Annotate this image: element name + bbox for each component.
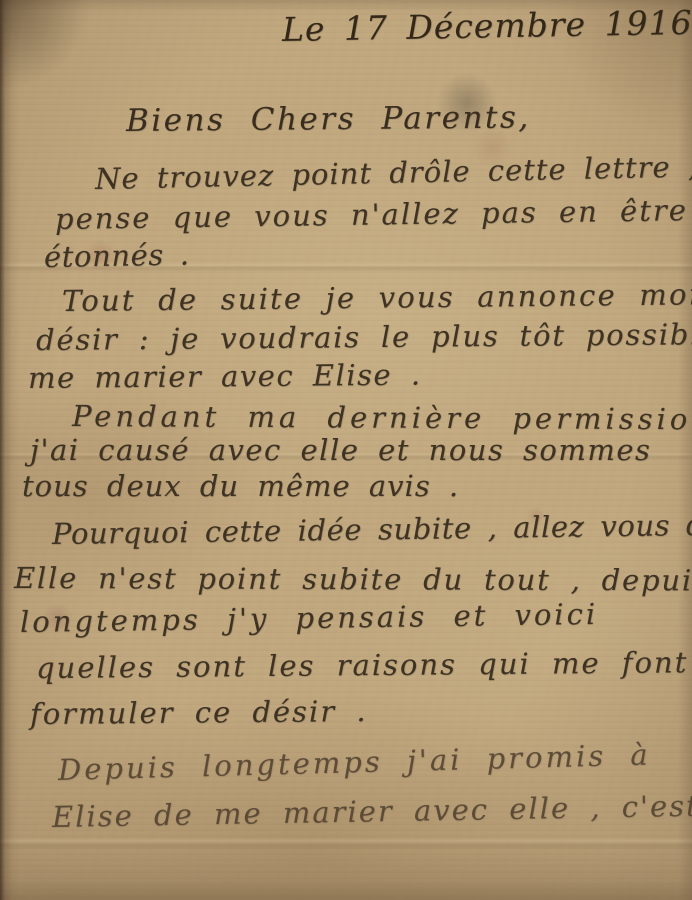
- letter-line: désir : je voudrais le plus tôt possible: [36, 317, 692, 357]
- letter-line: Pendant ma dernière permission: [72, 399, 692, 436]
- letter-salutation: Biens Chers Parents,: [126, 99, 531, 139]
- letter-line: formuler ce désir .: [30, 694, 368, 731]
- letter-line: me marier avec Elise .: [28, 358, 422, 395]
- letter-date: Le 17 Décembre 1916: [282, 3, 692, 49]
- letter-line: Pourquoi cette idée subite , allez vous …: [52, 507, 692, 551]
- letter-line: Elle n'est point subite du tout , depuis: [14, 561, 692, 597]
- letter-line: Ne trouvez point drôle cette lettre , je: [95, 148, 692, 196]
- letter-page: Le 17 Décembre 1916 Biens Chers Parents,…: [0, 0, 692, 900]
- letter-line: quelles sont les raisons qui me font: [36, 645, 689, 685]
- letter-line: Tout de suite je vous annonce mon: [62, 277, 692, 318]
- letter-line: Elise de me marier avec elle , c'est: [52, 789, 692, 834]
- letter-line: étonnés .: [44, 237, 190, 274]
- letter-line: pense que vous n'allez pas en être: [55, 193, 688, 236]
- letter-line: longtemps j'y pensais et voici: [20, 597, 599, 639]
- letter-line: Depuis longtemps j'ai promis à: [58, 737, 651, 787]
- letter-line: tous deux du même avis .: [22, 469, 459, 503]
- letter-line: j'ai causé avec elle et nous sommes: [30, 433, 651, 467]
